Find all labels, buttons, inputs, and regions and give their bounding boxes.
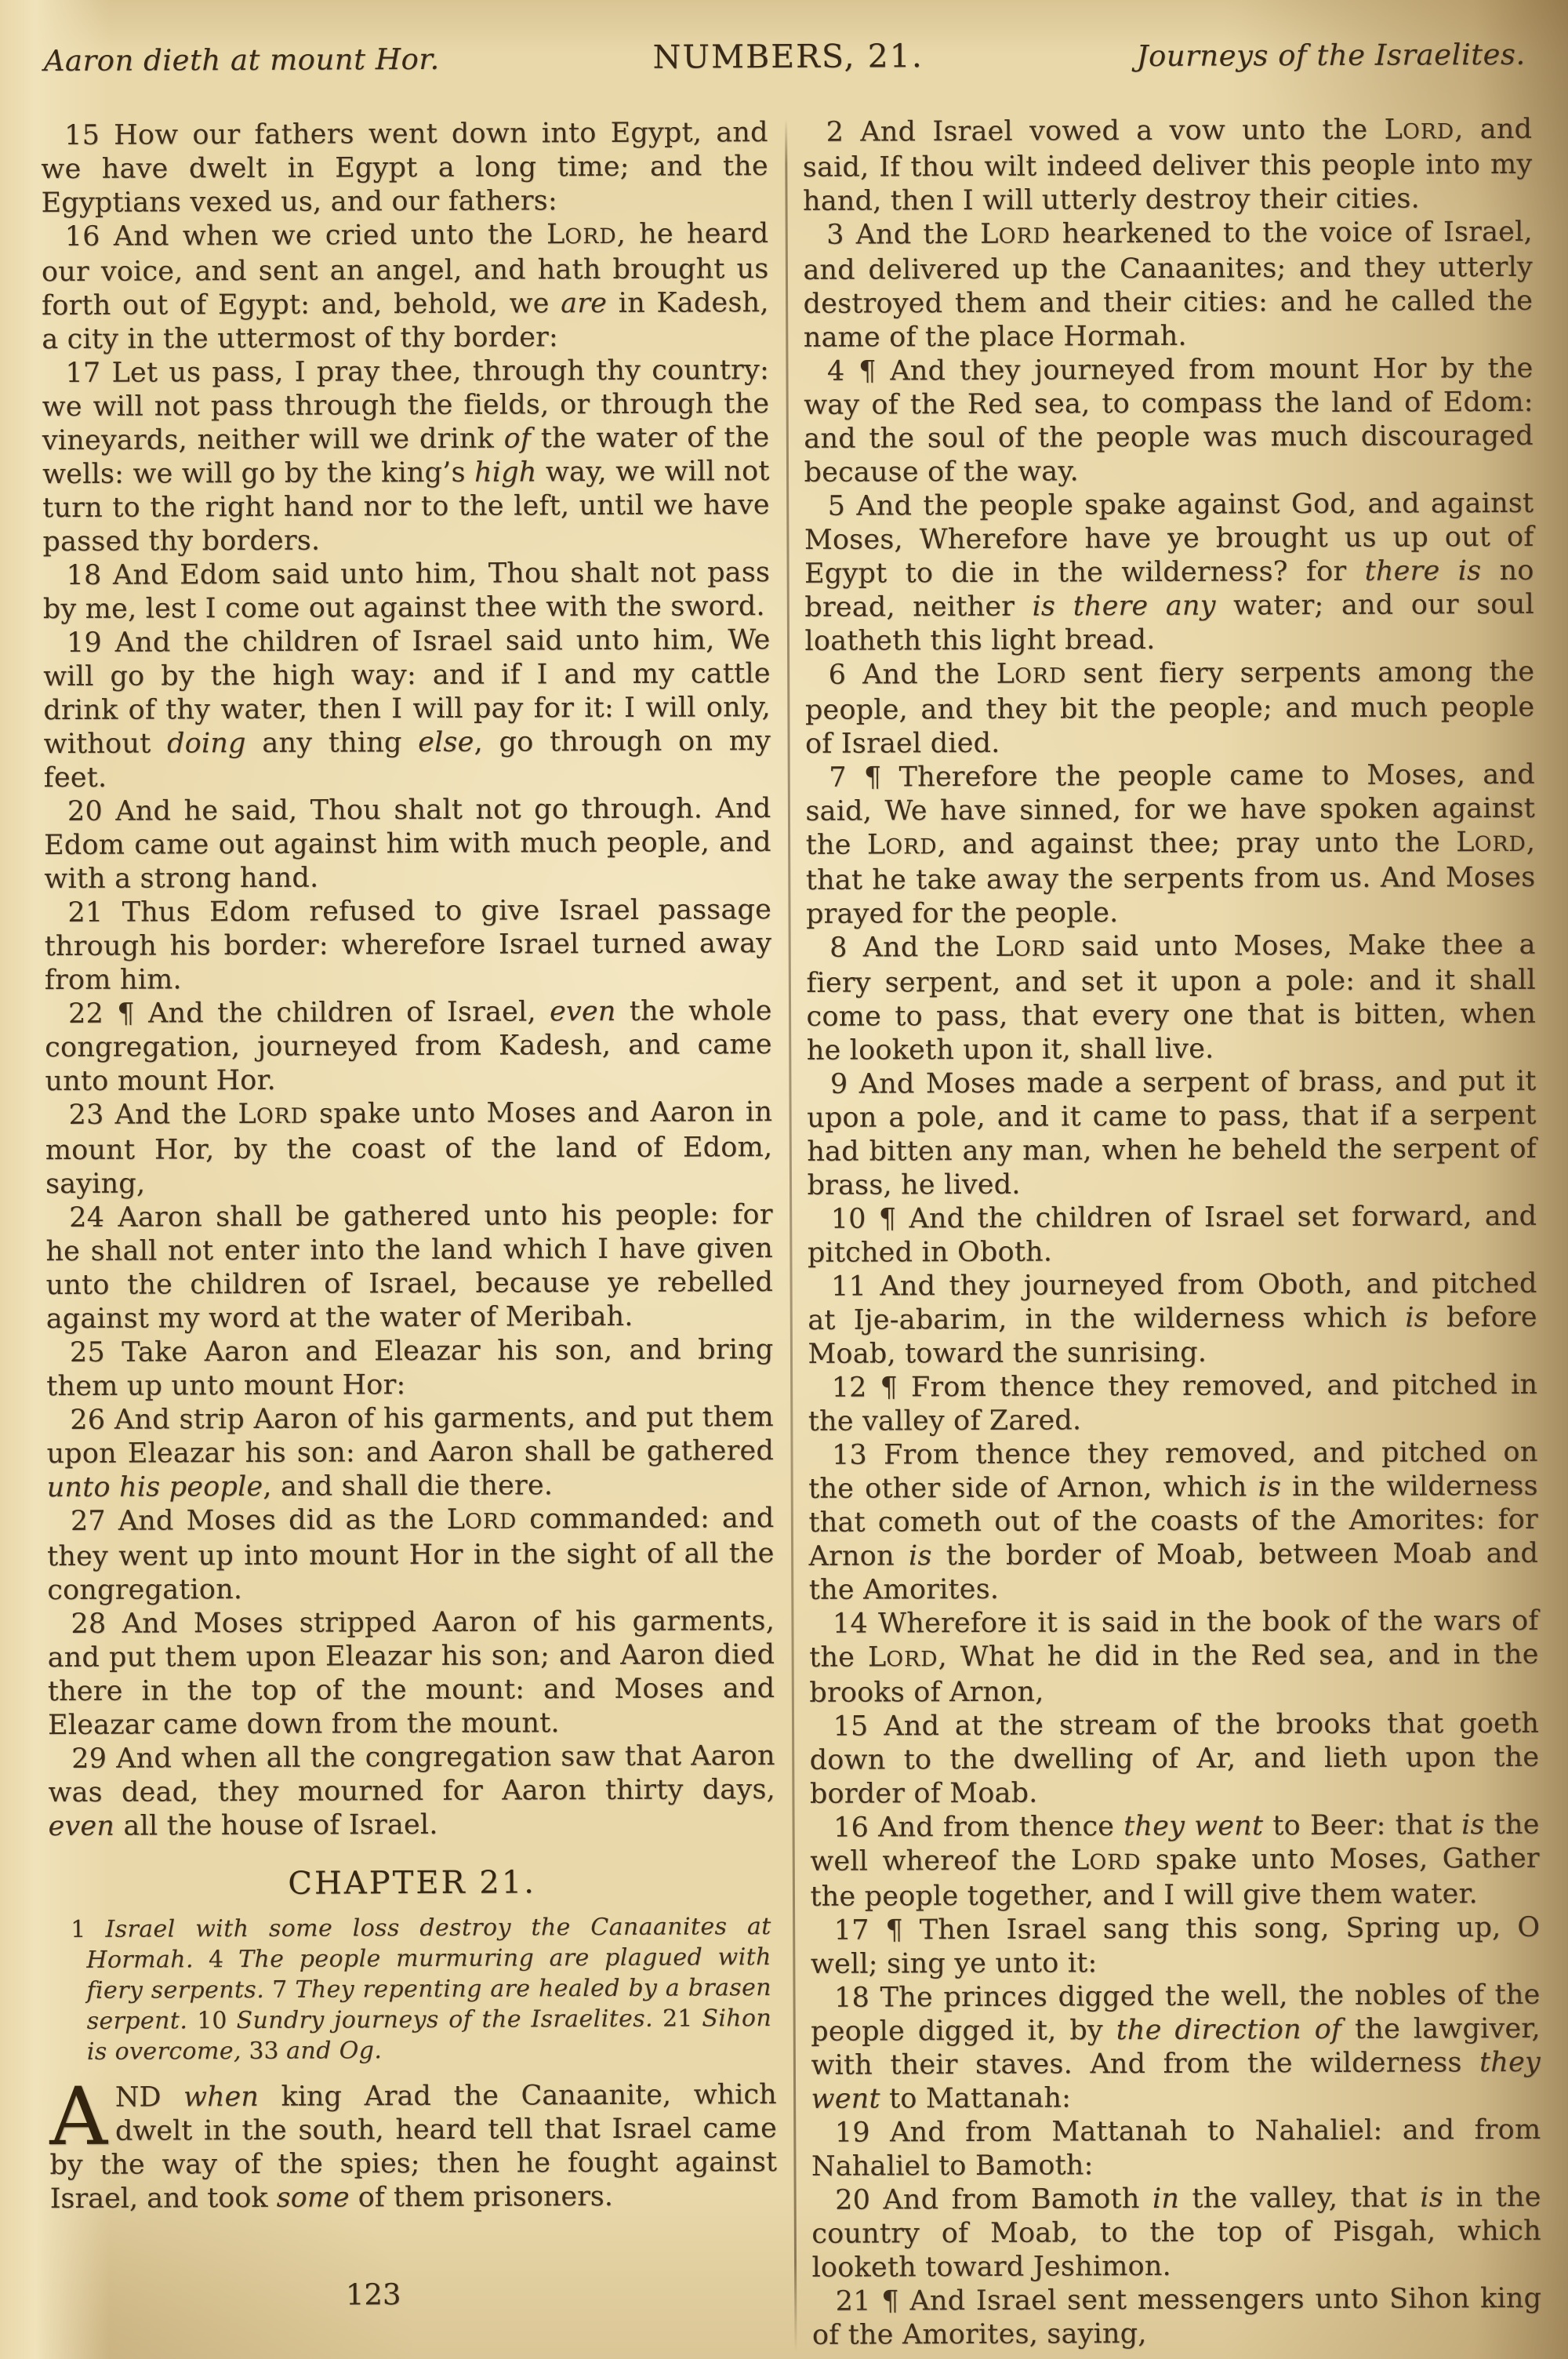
verse-number: 10 bbox=[831, 1204, 866, 1235]
verse-number: 16 bbox=[65, 221, 100, 253]
verse-7: 7 ¶ Therefore the people came to Moses, … bbox=[805, 758, 1535, 932]
verse-22: 22 ¶ And the children of Israel, even th… bbox=[45, 994, 772, 1099]
verse-number: 17 bbox=[65, 358, 100, 389]
lord-smallcaps: LORD bbox=[867, 829, 938, 860]
verse-16: 16 And when we cried unto the LORD, he h… bbox=[42, 217, 769, 357]
verse-number: 11 bbox=[831, 1271, 866, 1303]
verse-28: 28 And Moses stripped Aaron of his garme… bbox=[47, 1605, 775, 1743]
verse-17: 17 Let us pass, I pray thee, through thy… bbox=[42, 354, 770, 559]
verse-25: 25 Take Aaron and Eleazar his son, and b… bbox=[46, 1333, 774, 1404]
lord-smallcaps: LORD bbox=[1456, 827, 1526, 858]
verse-number: 19 bbox=[67, 627, 102, 659]
verse-number: 26 bbox=[70, 1405, 105, 1436]
text-columns: 15 How our fathers went down into Egypt,… bbox=[41, 113, 1541, 2356]
verse-19: 19 And the children of Israel said unto … bbox=[43, 623, 771, 795]
column-divider bbox=[785, 119, 797, 2353]
bible-page: Aaron dieth at mount Hor. NUMBERS, 21. J… bbox=[0, 0, 1568, 2359]
verse-21: 21 ¶ And Israel sent messengers unto Sih… bbox=[812, 2282, 1542, 2353]
left-column: 15 How our fathers went down into Egypt,… bbox=[41, 116, 778, 2356]
verse-4: 4 ¶ And they journeyed from mount Hor by… bbox=[804, 352, 1534, 490]
verse-14: 14 Wherefore it is said in the book of t… bbox=[809, 1605, 1539, 1710]
verse-number: 12 bbox=[832, 1372, 867, 1404]
lord-smallcaps: LORD bbox=[1071, 1845, 1142, 1876]
verse-number: 4 bbox=[827, 356, 845, 387]
chapter-heading: CHAPTER 21. bbox=[49, 1864, 776, 1902]
verse-27: 27 And Moses did as the LORD commanded: … bbox=[47, 1502, 775, 1608]
verse-18: 18 The princes digged the well, the nobl… bbox=[811, 1979, 1541, 2117]
lord-smallcaps: LORD bbox=[447, 1503, 517, 1535]
verse-number: 2 bbox=[826, 117, 844, 148]
verse-number: 20 bbox=[67, 796, 103, 827]
verse-number: 17 bbox=[834, 1915, 869, 1946]
verse-number: 6 bbox=[829, 660, 847, 691]
opening-verse: AND when king Arad the Canaanite, which … bbox=[49, 2078, 777, 2216]
right-column: 2 And Israel vowed a vow unto the LORD, … bbox=[803, 113, 1542, 2353]
verse-number: 25 bbox=[70, 1337, 105, 1369]
drop-cap-initial: A bbox=[49, 2081, 115, 2149]
lord-smallcaps: LORD bbox=[1385, 114, 1455, 145]
verse-17: 17 ¶ Then Israel sang this song, Spring … bbox=[811, 1911, 1541, 1982]
verse-23: 23 And the LORD spake unto Moses and Aar… bbox=[45, 1096, 773, 1201]
verse-number: 8 bbox=[829, 932, 848, 964]
verse-20: 20 And he said, Thou shalt not go throug… bbox=[44, 792, 771, 896]
verse-15: 15 How our fathers went down into Egypt,… bbox=[41, 116, 768, 220]
verse-6: 6 And the LORD sent fiery serpents among… bbox=[805, 656, 1535, 761]
verse-number: 20 bbox=[835, 2185, 870, 2216]
verse-13: 13 From thence they removed, and pitched… bbox=[808, 1436, 1538, 1608]
chapter-summary: 1 Israel with some loss destroy the Cana… bbox=[49, 1911, 771, 2067]
verse-15: 15 And at the stream of the brooks that … bbox=[809, 1707, 1539, 1812]
page-number: 123 bbox=[5, 2276, 742, 2313]
verse-number: 24 bbox=[69, 1202, 104, 1234]
verse-19: 19 And from Mattanah to Nahaliel: and fr… bbox=[811, 2114, 1541, 2184]
verse-16: 16 And from thence they went to Beer: th… bbox=[810, 1808, 1540, 1914]
lord-smallcaps: LORD bbox=[996, 658, 1067, 689]
verse-26: 26 And strip Aaron of his garments, and … bbox=[46, 1401, 774, 1505]
verse-2: 2 And Israel vowed a vow unto the LORD, … bbox=[803, 113, 1533, 219]
book-chapter-title: NUMBERS, 21. bbox=[653, 37, 924, 76]
verse-24: 24 Aaron shall be gathered unto his peop… bbox=[45, 1198, 773, 1336]
verse-number: 28 bbox=[71, 1608, 106, 1640]
lord-smallcaps: LORD bbox=[995, 931, 1065, 962]
verse-number: 9 bbox=[830, 1069, 848, 1100]
verse-number: 18 bbox=[67, 560, 102, 591]
verse-number: 18 bbox=[834, 1983, 869, 2014]
verse-18: 18 And Edom said unto him, Thou shalt no… bbox=[43, 556, 771, 627]
verse-number: 15 bbox=[833, 1711, 868, 1743]
lord-smallcaps: LORD bbox=[546, 219, 617, 250]
verse-12: 12 ¶ From thence they removed, and pitch… bbox=[808, 1369, 1538, 1439]
running-header: Aaron dieth at mount Hor. NUMBERS, 21. J… bbox=[44, 35, 1526, 78]
verse-number: 21 bbox=[836, 2286, 871, 2317]
verse-number: 16 bbox=[833, 1812, 869, 1844]
lord-smallcaps: LORD bbox=[238, 1099, 308, 1130]
verse-20: 20 And from Bamoth in the valley, that i… bbox=[811, 2181, 1541, 2285]
verse-number: 3 bbox=[826, 220, 844, 251]
verse-29: 29 And when all the congregation saw tha… bbox=[48, 1739, 775, 1844]
page-content: Aaron dieth at mount Hor. NUMBERS, 21. J… bbox=[0, 0, 1568, 2359]
verse-number: 27 bbox=[71, 1506, 106, 1537]
header-left-title: Aaron dieth at mount Hor. bbox=[44, 42, 440, 78]
verse-number: 23 bbox=[69, 1100, 104, 1131]
verse-3: 3 And the LORD hearkened to the voice of… bbox=[803, 216, 1533, 355]
verse-number: 29 bbox=[71, 1743, 107, 1775]
verse-number: 21 bbox=[67, 897, 103, 929]
verse-number: 13 bbox=[832, 1440, 867, 1471]
verse-number: 19 bbox=[835, 2117, 870, 2149]
verse-number: 15 bbox=[64, 120, 100, 151]
lord-smallcaps: LORD bbox=[868, 1641, 938, 1673]
verse-8: 8 And the LORD said unto Moses, Make the… bbox=[806, 929, 1536, 1068]
verse-number: 14 bbox=[833, 1608, 868, 1640]
verse-5: 5 And the people spake against God, and … bbox=[804, 487, 1534, 659]
verse-number: 5 bbox=[828, 491, 846, 522]
header-right-title: Journeys of the Israelites. bbox=[1137, 38, 1526, 73]
verse-number: 22 bbox=[68, 998, 103, 1030]
verse-10: 10 ¶ And the children of Israel set forw… bbox=[808, 1200, 1537, 1270]
verse-9: 9 And Moses made a serpent of brass, and… bbox=[807, 1065, 1537, 1203]
lord-smallcaps: LORD bbox=[980, 219, 1051, 250]
verse-21: 21 Thus Edom refused to give Israel pass… bbox=[44, 893, 771, 998]
verse-11: 11 And they journeyed from Oboth, and pi… bbox=[808, 1267, 1537, 1372]
verse-number: 7 bbox=[829, 762, 847, 794]
